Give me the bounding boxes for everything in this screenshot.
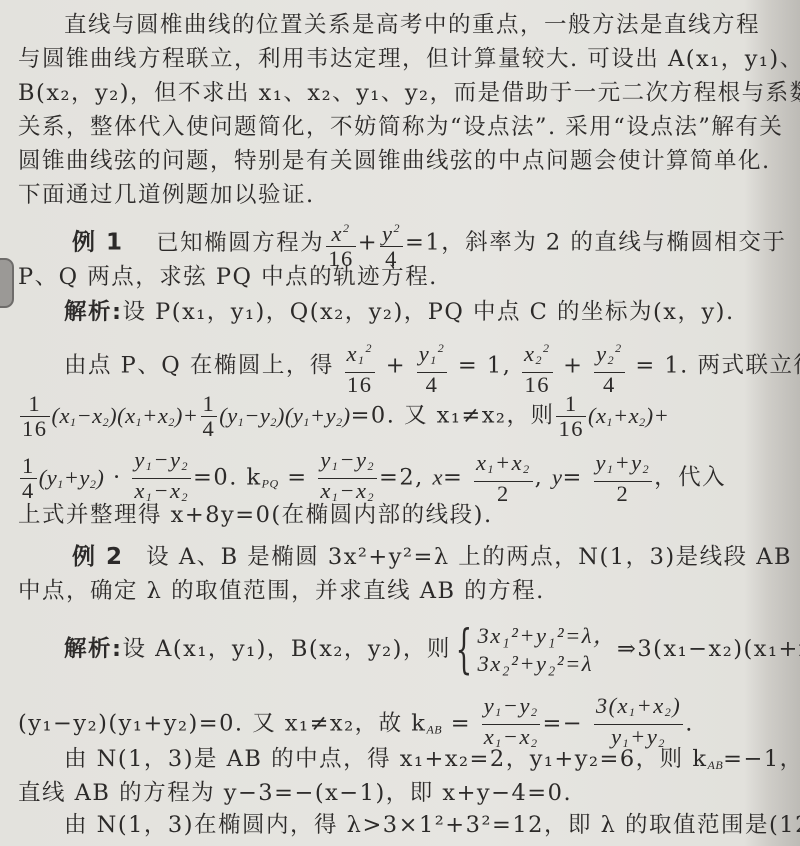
example2-label: 例 2 [72, 544, 124, 570]
example2-solution-line5: 由 N(1，3)在椭圆内，得 λ>3×1²+3²=12，即 λ 的取值范围是(1… [64, 810, 800, 840]
example2-solution-line3: 由 N(1，3)是 AB 的中点，得 x₁+x₂=2，y₁+y₂=6，则 kAB… [64, 744, 800, 780]
intro-line-5: 圆锥曲线弦的问题，特别是有关圆锥曲线弦的中点问题会使计算简单化. [18, 146, 771, 176]
solution-label: 解析: [64, 299, 123, 325]
left-brace: { [456, 624, 473, 676]
intro-line-4: 关系，整体代入使问题简化，不妨简称为“设点法”. 采用“设点法”解有关 [18, 112, 783, 142]
example2-solution-line4: 直线 AB 的方程为 y−3=−(x−1)，即 x+y−4=0. [18, 778, 572, 808]
example1-conclusion: 上式并整理得 x+8y=0(在椭圆内部的线段). [18, 500, 493, 530]
example1-problem-line2: P、Q 两点，求弦 PQ 中点的轨迹方程. [18, 262, 438, 292]
intro-line-3: B(x₂，y₂)，但不求出 x₁、x₂、y₁、y₂，而是借助于一元二次方程根与系… [18, 78, 800, 108]
example1-solution-line1: 解析:设 P(x₁，y₁)，Q(x₂，y₂)，PQ 中点 C 的坐标为(x，y)… [64, 297, 735, 327]
example2-problem-line2: 中点，确定 λ 的取值范围，并求直线 AB 的方程. [18, 576, 545, 606]
intro-line-6: 下面通过几道例题加以验证. [18, 180, 315, 210]
example2-solution-line1: 解析:设 A(x₁，y₁)，B(x₂，y₂)，则{3x₁²+y₁²=λ，3x₂²… [64, 622, 800, 678]
page-tab-marker [0, 258, 14, 308]
solution-label: 解析: [64, 636, 123, 662]
example1-solution-line3: 116(x1−x2)(x1+x2)+14(y1−y2)(y1+y2)=0. 又 … [18, 392, 669, 441]
equation-system: 3x₁²+y₁²=λ，3x₂²+y₂²=λ [478, 622, 617, 678]
textbook-page: 直线与圆椎曲线的位置关系是高考中的重点，一般方法是直线方程 与圆锥曲线方程联立，… [0, 0, 800, 846]
example1-label: 例 1 [72, 230, 124, 256]
intro-line-2: 与圆锥曲线方程联立，利用韦达定理，但计算量较大. 可设出 A(x₁，y₁)、 [18, 44, 800, 74]
example2-problem-line1: 例 2 设 A、B 是椭圆 3x²+y²=λ 上的两点，N(1，3)是线段 AB… [72, 542, 800, 572]
example1-solution-line2: 由点 P、Q 在椭圆上，得 x1216 + y124 = 1, x2216 + … [64, 336, 800, 397]
intro-line-1: 直线与圆椎曲线的位置关系是高考中的重点，一般方法是直线方程 [64, 10, 760, 40]
